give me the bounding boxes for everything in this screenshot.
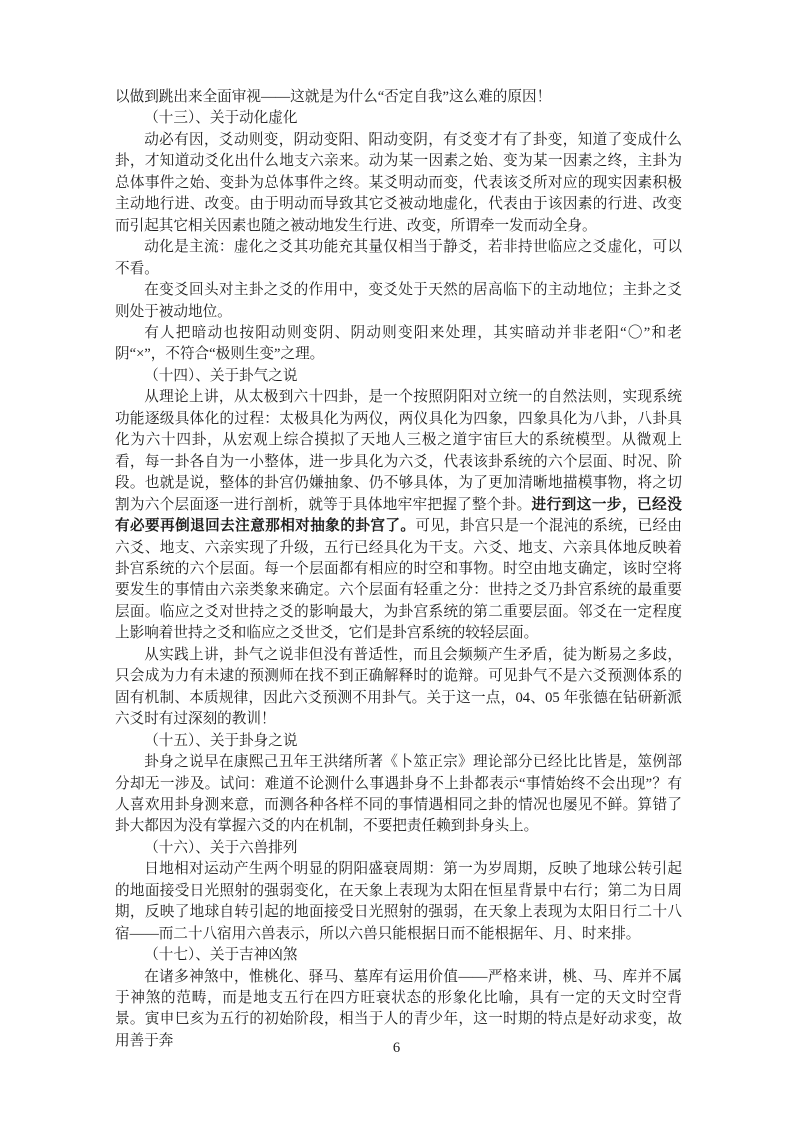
- section-16-heading: （十六）、关于六兽排列: [115, 838, 682, 859]
- paragraph: 有人把暗动也按阳动则变阴、阴动则变阳来处理，其实暗动并非老阳“〇”和老阴“×”，…: [115, 323, 682, 366]
- page-content: 以做到跳出来全面审视——这就是为什么“否定自我”这么难的原因！ （十三）、关于动…: [115, 87, 682, 1052]
- section-14-heading: （十四）、关于卦气之说: [115, 366, 682, 387]
- paragraph-text: 从理论上讲，从太极到六十四卦，是一个按照阴阳对立统一的自然法则，实现系统功能逐级…: [115, 389, 682, 512]
- section-17-heading: （十七）、关于吉神凶煞: [115, 945, 682, 966]
- paragraph: 动必有因，爻动则变，阴动变阳、阳动变阴，有爻变才有了卦变，知道了变成什么卦，才知…: [115, 130, 682, 237]
- section-15-heading: （十五）、关于卦身之说: [115, 731, 682, 752]
- paragraph: 日地相对运动产生两个明显的阴阳盛衰周期：第一为岁周期，反映了地球公转引起的地面接…: [115, 859, 682, 945]
- continuation-paragraph: 以做到跳出来全面审视——这就是为什么“否定自我”这么难的原因！: [115, 87, 682, 108]
- paragraph-with-emphasis: 从理论上讲，从太极到六十四卦，是一个按照阴阳对立统一的自然法则，实现系统功能逐级…: [115, 387, 682, 644]
- document-page: 以做到跳出来全面审视——这就是为什么“否定自我”这么难的原因！ （十三）、关于动…: [0, 0, 793, 1122]
- section-13-heading: （十三）、关于动化虚化: [115, 108, 682, 129]
- paragraph: 卦身之说早在康熙己丑年王洪绪所著《卜筮正宗》理论部分已经比比皆是，筮例部分却无一…: [115, 752, 682, 838]
- paragraph: 从实践上讲，卦气之说非但没有普适性，而且会频频产生矛盾，徒为断易之多歧，只会成为…: [115, 645, 682, 731]
- paragraph: 在变爻回头对主卦之爻的作用中，变爻处于天然的居高临下的主动地位；主卦之爻则处于被…: [115, 280, 682, 323]
- page-number: 6: [0, 1038, 793, 1059]
- paragraph-text: 可见，卦宫只是一个混沌的系统，已经由六爻、地支、六亲实现了升级，五行已经具化为干…: [115, 518, 682, 641]
- paragraph: 动化是主流：虚化之爻其功能充其量仅相当于静爻，若非持世临应之爻虚化，可以不看。: [115, 237, 682, 280]
